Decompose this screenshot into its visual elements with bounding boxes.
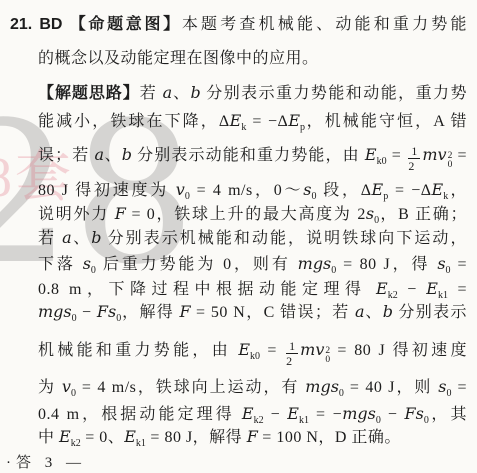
math-base: mgs (342, 404, 376, 423)
math-var: v0 (176, 182, 190, 199)
math-var: s0 (438, 379, 451, 396)
text-run: = −Δ (246, 113, 288, 130)
math-italic: b (191, 83, 201, 102)
fragment-glyph: 2 (165, 0, 173, 5)
math-var: s0 (366, 206, 379, 223)
math-var: Ek0 (365, 147, 387, 164)
text-run: = 0、 (81, 429, 125, 446)
math-base: v (176, 180, 185, 199)
text-run: 、 (104, 147, 122, 164)
text-run: 能减小，铁球在下降，Δ (38, 113, 230, 130)
text-run: 下落 (38, 256, 83, 273)
math-var: mgs0 (305, 379, 344, 396)
math-var: s0 (303, 182, 316, 199)
text-run: 、 (72, 230, 92, 247)
text-run: 误；若 (38, 147, 95, 164)
text-run: 分别表示重力势能和动能，重力势 (201, 85, 467, 102)
math-italic: a (62, 228, 72, 247)
math-base: E (242, 404, 254, 423)
math-var: Ek (230, 113, 247, 130)
fraction-numerator: 1 (408, 144, 420, 159)
doc-line: 中 Ek2 = 0、Ek1 = 80 J，解得 F = 100 N，D 正确。 (38, 425, 467, 456)
math-subscript: k0 (250, 351, 260, 362)
text-run: − (77, 304, 97, 321)
math-italic: F (180, 302, 191, 321)
text-run: 的概念以及动能定理在图像中的应用。 (38, 50, 319, 67)
math-subscript: k0 (377, 156, 387, 167)
text-run: = − (309, 406, 342, 423)
math-base: s (366, 204, 374, 223)
text-run: 本题考查机械能、动能和重力势能 (182, 16, 467, 33)
text-run: = (448, 281, 467, 298)
text-run: = (451, 256, 467, 273)
math-italic: F (115, 204, 126, 223)
doc-line: mgs0 − Fs0，解得 F = 50 N，C 错误；若 a、b 分别表示 (38, 300, 467, 331)
text-run: = 100 N，D 正确。 (258, 429, 401, 446)
text-run: ，机械能守恒，A 错 (305, 113, 467, 130)
math-base: E (124, 427, 136, 446)
text-run: = 80 J 得初速度 (330, 342, 467, 359)
math-italic: a (163, 83, 173, 102)
text-run: 分别表示动能和重力势能，由 (132, 147, 365, 164)
math-var: Ep (288, 113, 305, 130)
math-var: mgs0 (38, 304, 77, 321)
math-subscript: k2 (71, 438, 81, 449)
math-italic: b (91, 228, 101, 247)
math-base: s (437, 254, 445, 273)
bold-text-run: 【解题思路】 (38, 85, 140, 102)
math-base: E (238, 340, 250, 359)
math-base: E (365, 145, 377, 164)
math-base: E (432, 180, 444, 199)
text-run: 中 (38, 429, 59, 446)
doc-line: 机械能和重力势能，由 Ek0 = 12mv20 = 80 J 得初速度 (38, 331, 467, 376)
math-var: Ek1 (287, 406, 309, 423)
doc-line: 若 a、b 分别表示机械能和动能，说明铁球向下运动， (38, 226, 467, 251)
math-base: E (288, 111, 300, 130)
text-run: = 0，铁球上升的最大高度为 2 (126, 206, 366, 223)
math-base: E (376, 279, 388, 298)
math-base: v (62, 377, 71, 396)
text-run: 0.4 m，根据动能定理得 (38, 406, 242, 423)
text-run (63, 16, 70, 33)
math-var: Ek1 (426, 281, 448, 298)
math-var: Ek1 (124, 429, 146, 446)
math-var: mgs0 (298, 256, 337, 273)
math-var-supsub: v20 (315, 342, 330, 359)
math-base: v (315, 340, 324, 359)
text-run: 、 (172, 85, 190, 102)
text-run: = 80 J，得 (336, 256, 437, 273)
text-run: 说明外力 (38, 206, 115, 223)
math-var: mgs0 (342, 406, 381, 423)
text-run: 0.8 m，下降过程中根据动能定理得 (38, 281, 376, 298)
math-var: v0 (62, 379, 76, 396)
fraction-denominator: 2 (286, 354, 298, 368)
text-run: 若 (140, 85, 163, 102)
math-base: E (372, 180, 384, 199)
math-var-supsub: v20 (438, 147, 453, 164)
text-run: 为 (38, 379, 62, 396)
math-italic: m (300, 340, 315, 359)
text-run: 80 J 得初速度为 (38, 182, 176, 199)
math-italic: F (247, 427, 258, 446)
doc-line: 【解题思路】若 a、b 分别表示重力势能和动能，重力势 (38, 81, 467, 106)
fraction: 12 (408, 144, 420, 174)
text-run: = 80 J，解得 (146, 429, 247, 446)
doc-line: 的概念以及动能定理在图像中的应用。 (38, 47, 467, 71)
text-run: = −Δ (388, 182, 431, 199)
math-base: s (83, 254, 91, 273)
text-run: 若 (38, 230, 62, 247)
text-run: 段，Δ (316, 182, 371, 199)
math-var: Ek2 (376, 281, 398, 298)
text-run: ，其 (429, 406, 467, 423)
math-base: E (287, 404, 299, 423)
math-base: Fs (97, 302, 116, 321)
math-italic: a (355, 302, 365, 321)
math-base: E (59, 427, 71, 446)
fraction-denominator: 2 (408, 159, 420, 173)
text-run: ，解得 (121, 304, 179, 321)
math-base: E (426, 279, 438, 298)
math-italic: a (95, 145, 105, 164)
bold-text-run: 21. BD (10, 16, 63, 33)
text-run: = 4 m/s，0～ (190, 182, 303, 199)
math-base: mgs (38, 302, 72, 321)
math-subscript: k1 (136, 438, 146, 449)
text-run: ，B 正确； (379, 206, 467, 223)
page-footer: ·答 3 — (6, 451, 86, 472)
math-italic: b (122, 145, 132, 164)
math-var: Ek (432, 182, 449, 199)
text-run: = (260, 342, 284, 359)
doc-line: 21. BD 【命题意图】本题考查机械能、动能和重力势能 (10, 13, 467, 37)
math-var: Ek2 (59, 429, 81, 446)
text-run: = (387, 147, 407, 164)
text-run: 分别表示机械能和动能，说明铁球向下运动， (102, 230, 467, 247)
math-italic: b (383, 302, 393, 321)
math-base: E (230, 111, 242, 130)
text-run: − (264, 406, 288, 423)
math-base: Fs (405, 404, 424, 423)
text-run: ， (448, 182, 467, 199)
bold-text-run: 【命题意图】 (70, 16, 182, 33)
math-var: Ep (372, 182, 389, 199)
fraction-numerator: 1 (286, 339, 298, 354)
fraction: 12 (286, 339, 298, 369)
math-base: mgs (305, 377, 339, 396)
scanned-answer-page: 28 8套 2 21. BD 【命题意图】本题考查机械能、动能和重力势能的概念以… (0, 0, 477, 473)
text-run: 机械能和重力势能，由 (38, 342, 238, 359)
math-var: Fs0 (405, 406, 429, 423)
text-run: 分别表示 (393, 304, 467, 321)
text-run: = 4 m/s，铁球向上运动，有 (76, 379, 305, 396)
doc-line: 误；若 a、b 分别表示动能和重力势能，由 Ek0 = 12mv20 = (38, 136, 467, 181)
cropped-line-fragment: 2 (165, 0, 187, 6)
math-var: s0 (83, 256, 96, 273)
text-run: 、 (365, 304, 383, 321)
math-var: Fs0 (97, 304, 121, 321)
text-run: = 50 N，C 错误；若 (191, 304, 355, 321)
text-run: − (398, 281, 427, 298)
math-base: mgs (298, 254, 332, 273)
text-run: = (452, 379, 467, 396)
text-run: 后重力势能为 0，则有 (96, 256, 298, 273)
math-var: Ek0 (238, 342, 260, 359)
math-base: s (438, 377, 446, 396)
math-base: v (438, 145, 447, 164)
math-var: Ek2 (242, 406, 264, 423)
text-run: = 40 J，则 (344, 379, 438, 396)
text-run: − (381, 406, 405, 423)
math-italic: m (422, 145, 437, 164)
math-var: s0 (437, 256, 450, 273)
text-run: = (452, 147, 467, 164)
